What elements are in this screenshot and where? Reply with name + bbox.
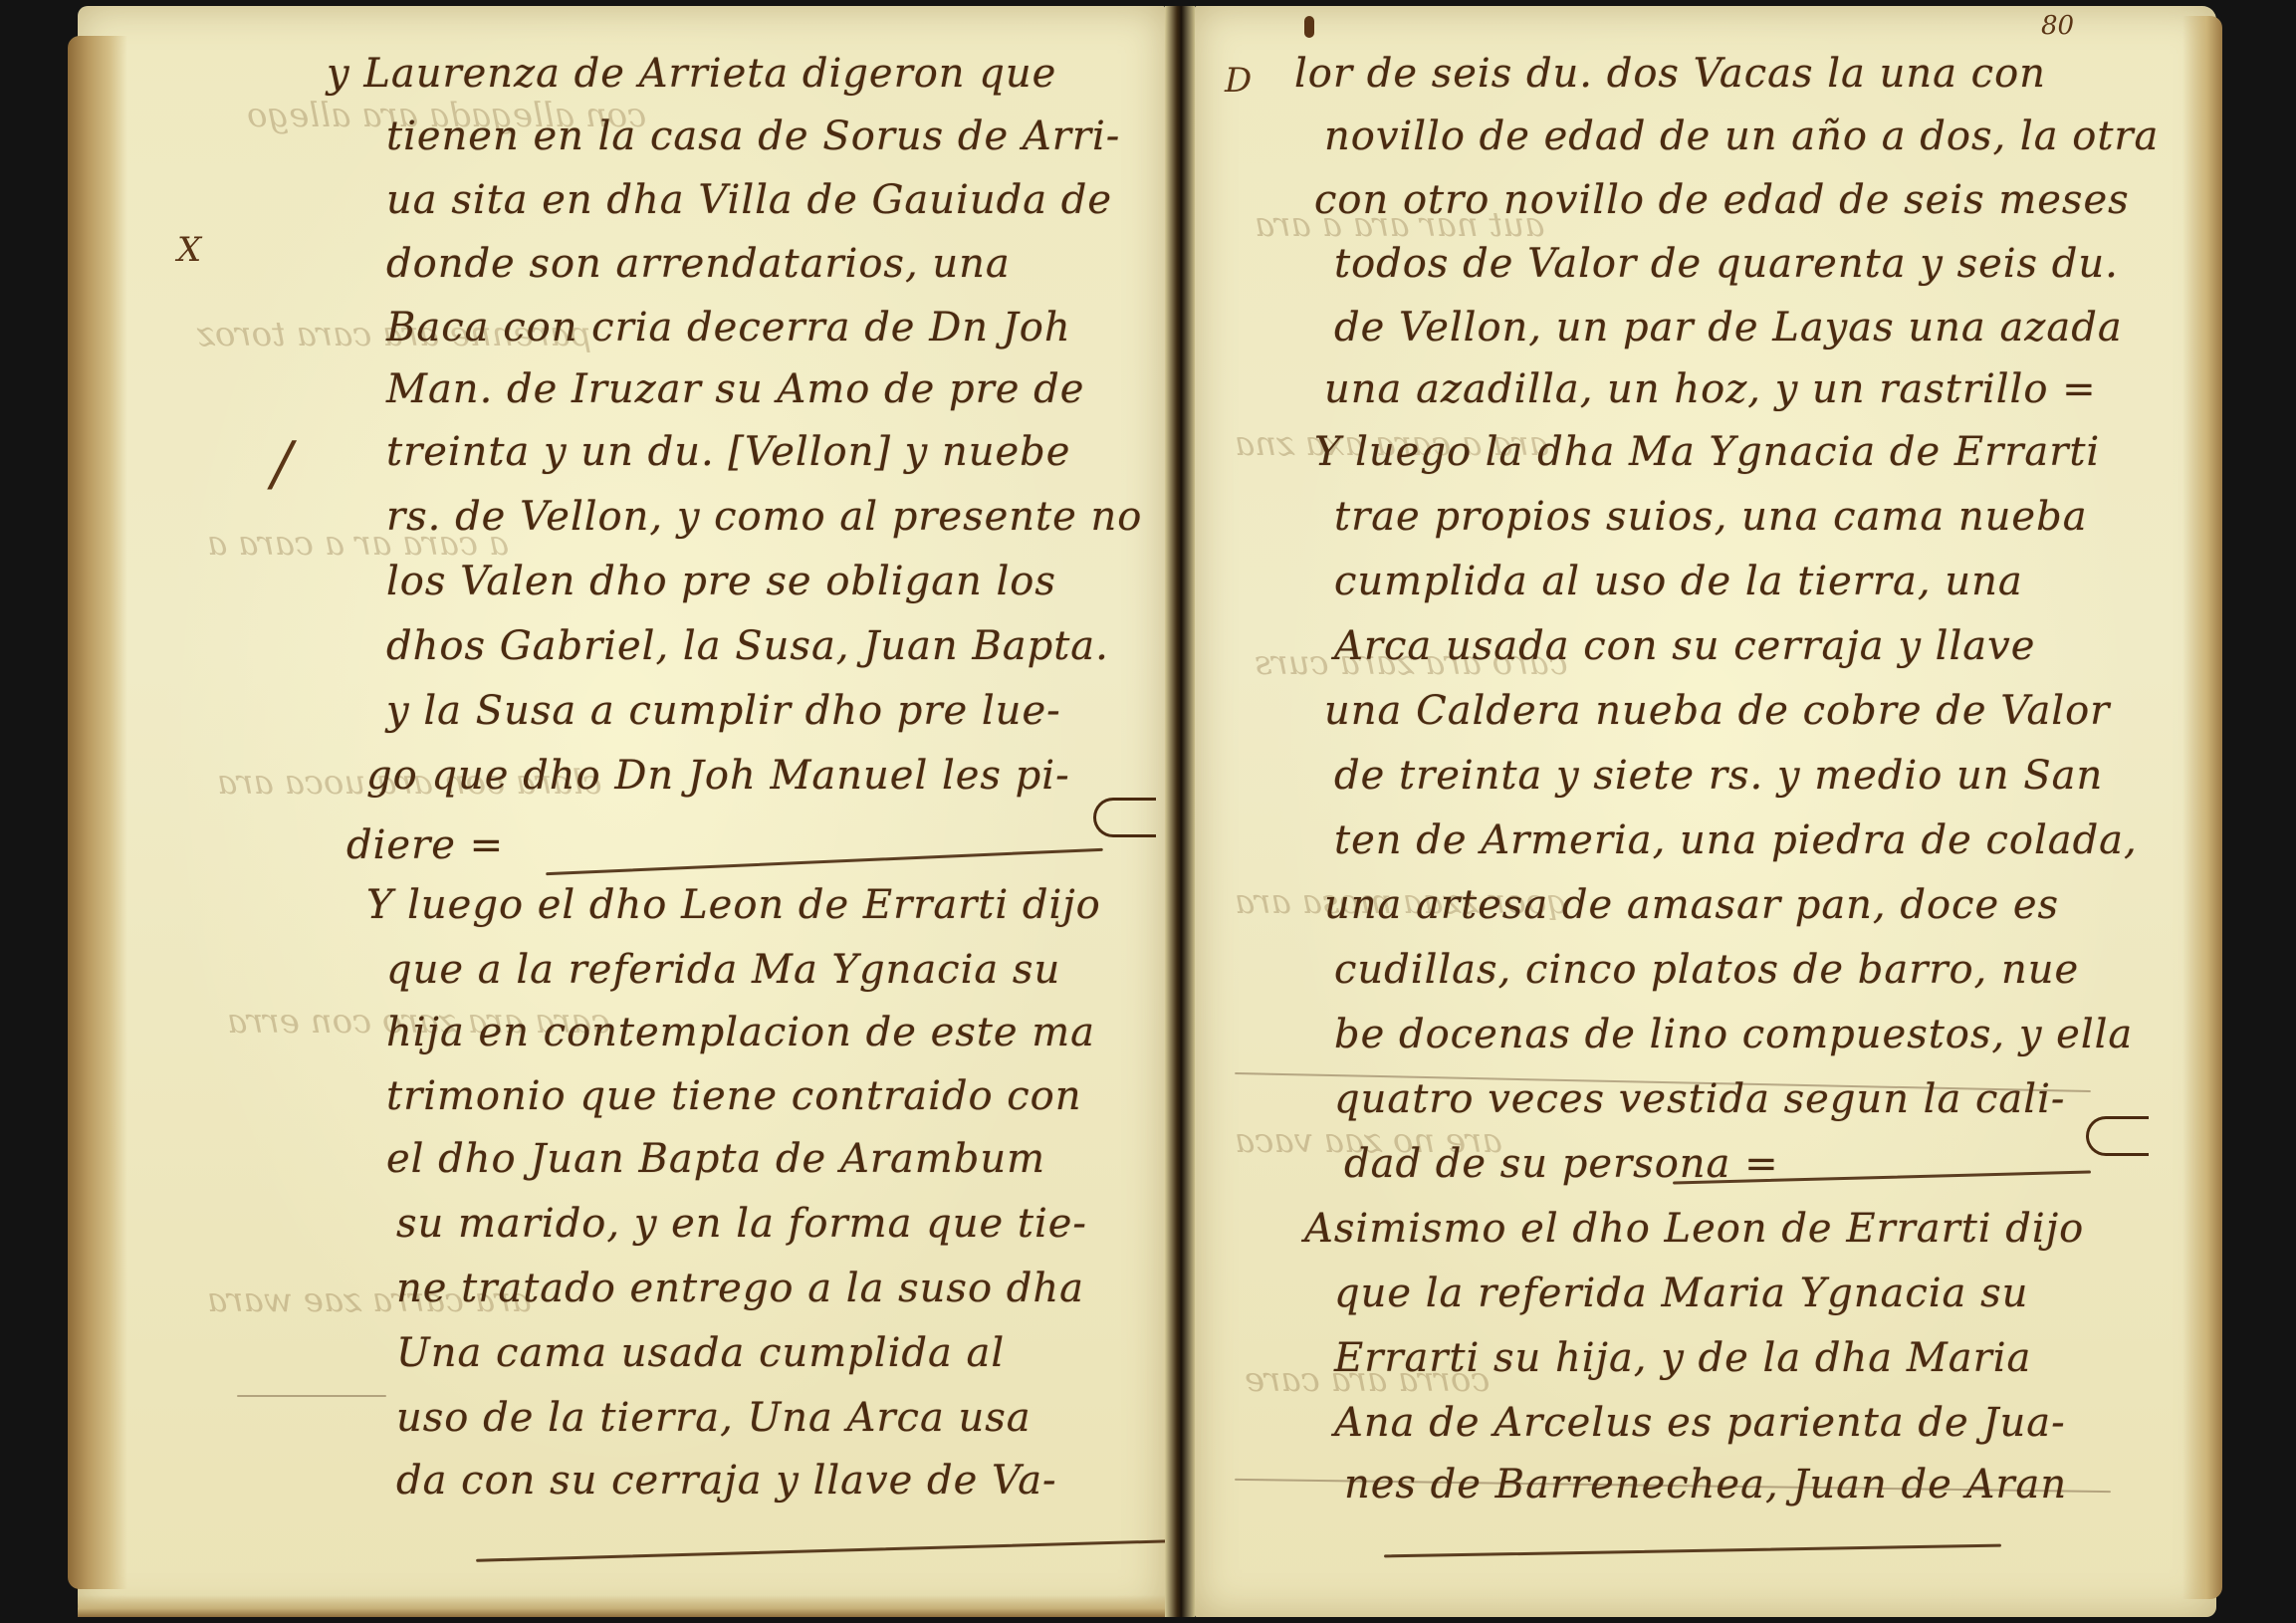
manuscript-line: su marido, y en la forma que tie- — [396, 1201, 1087, 1247]
manuscript-line: be docenas de lino compuestos, y ella — [1334, 1012, 2133, 1057]
manuscript-line: Y luego el dho Leon de Errarti dijo — [366, 882, 1101, 928]
right-page: aut nar ara a ara ara a cara axa zna car… — [1195, 6, 2216, 1617]
folio-number: 80 — [2041, 11, 2074, 41]
manuscript-line: trae propios suios, una cama nueba — [1334, 494, 2088, 540]
manuscript-line: Baca con cria decerra de Dn Joh — [386, 305, 1071, 350]
manuscript-spread: con allegada ara allego parenne ara cara… — [78, 6, 2218, 1617]
manuscript-line: go que dho Dn Joh Manuel les pi- — [366, 753, 1070, 799]
manuscript-line: que a la referida Ma Ygnacia su — [386, 947, 1060, 993]
manuscript-line: ten de Armeria, una piedra de colada, — [1334, 817, 2138, 863]
left-page: con allegada ara allego parenne ara cara… — [78, 6, 1165, 1617]
book-gutter — [1165, 6, 1195, 1617]
margin-mark: D — [1225, 61, 1252, 101]
ink-spot — [1304, 16, 1314, 38]
manuscript-line: Una cama usada cumplida al — [396, 1330, 1005, 1376]
manuscript-line: todos de Valor de quarenta y seis du. — [1334, 241, 2119, 287]
manuscript-line: de treinta y siete rs. y medio un San — [1334, 753, 2103, 799]
manuscript-line: una Caldera nueba de cobre de Valor — [1324, 688, 2110, 734]
manuscript-line: una azadilla, un hoz, y un rastrillo = — [1324, 366, 2097, 412]
manuscript-line: ua sita en dha Villa de Gauiuda de — [386, 177, 1112, 223]
manuscript-line: y Laurenza de Arrieta digeron que — [327, 51, 1056, 97]
manuscript-line: trimonio que tiene contraido con — [386, 1073, 1082, 1119]
closing-rule — [1384, 1544, 2001, 1558]
manuscript-line: y la Susa a cumplir dho pre lue- — [386, 688, 1061, 734]
manuscript-line: cumplida al uso de la tierra, una — [1334, 559, 2023, 604]
manuscript-line: de Vellon, un par de Layas una azada — [1334, 305, 2123, 350]
manuscript-line: cudillas, cinco platos de barro, nue — [1334, 947, 2079, 993]
manuscript-line: da con su cerraja y llave de Va- — [396, 1458, 1057, 1504]
manuscript-line: diere = — [346, 822, 504, 868]
manuscript-line: con otro novillo de edad de seis meses — [1314, 177, 2130, 223]
manuscript-line: Man. de Iruzar su Amo de pre de — [386, 366, 1084, 412]
page-edge-stain — [68, 36, 127, 1589]
manuscript-line: Arca usada con su cerraja y llave — [1334, 623, 2035, 669]
margin-mark: X — [177, 230, 201, 270]
manuscript-line: Asimismo el dho Leon de Errarti dijo — [1304, 1206, 2084, 1252]
manuscript-line: dhos Gabriel, la Susa, Juan Bapta. — [386, 623, 1109, 669]
manuscript-line: Errarti su hija, y de la dha Maria — [1334, 1335, 2031, 1381]
manuscript-line: ne tratado entrego a la suso dha — [396, 1266, 1084, 1311]
manuscript-line: rs. de Vellon, y como al presente no — [386, 494, 1142, 540]
manuscript-line: uso de la tierra, Una Arca usa — [396, 1395, 1032, 1441]
page-edge-stain — [2182, 16, 2222, 1599]
closing-rule — [476, 1539, 1173, 1562]
margin-rule — [237, 1395, 386, 1397]
closing-rule — [546, 848, 1103, 875]
manuscript-line: Ana de Arcelus es parienta de Jua- — [1334, 1400, 2066, 1446]
manuscript-line: hija en contemplacion de este ma — [386, 1010, 1095, 1055]
manuscript-line: treinta y un du. [Vellon] y nuebe — [386, 429, 1070, 475]
manuscript-line: una artesa de amasar pan, doce es — [1324, 882, 2059, 928]
manuscript-line: Y luego la dha Ma Ygnacia de Errarti — [1314, 429, 2100, 475]
document-viewer: con allegada ara allego parenne ara cara… — [0, 0, 2296, 1623]
manuscript-line: el dho Juan Bapta de Arambum — [386, 1136, 1045, 1182]
page-bottom-edge — [78, 1595, 1165, 1617]
manuscript-line: que la referida Maria Ygnacia su — [1334, 1271, 2028, 1316]
manuscript-line: lor de seis du. dos Vacas la una con — [1294, 51, 2046, 97]
manuscript-line: los Valen dho pre se obligan los — [386, 559, 1056, 604]
margin-mark: / — [272, 429, 292, 499]
manuscript-line: tienen en la casa de Sorus de Arri- — [386, 114, 1120, 159]
closing-flourish — [1093, 798, 1156, 837]
closing-flourish — [2086, 1116, 2149, 1156]
manuscript-line: novillo de edad de un año a dos, la otra — [1324, 114, 2159, 159]
manuscript-line: donde son arrendatarios, una — [386, 241, 1011, 287]
